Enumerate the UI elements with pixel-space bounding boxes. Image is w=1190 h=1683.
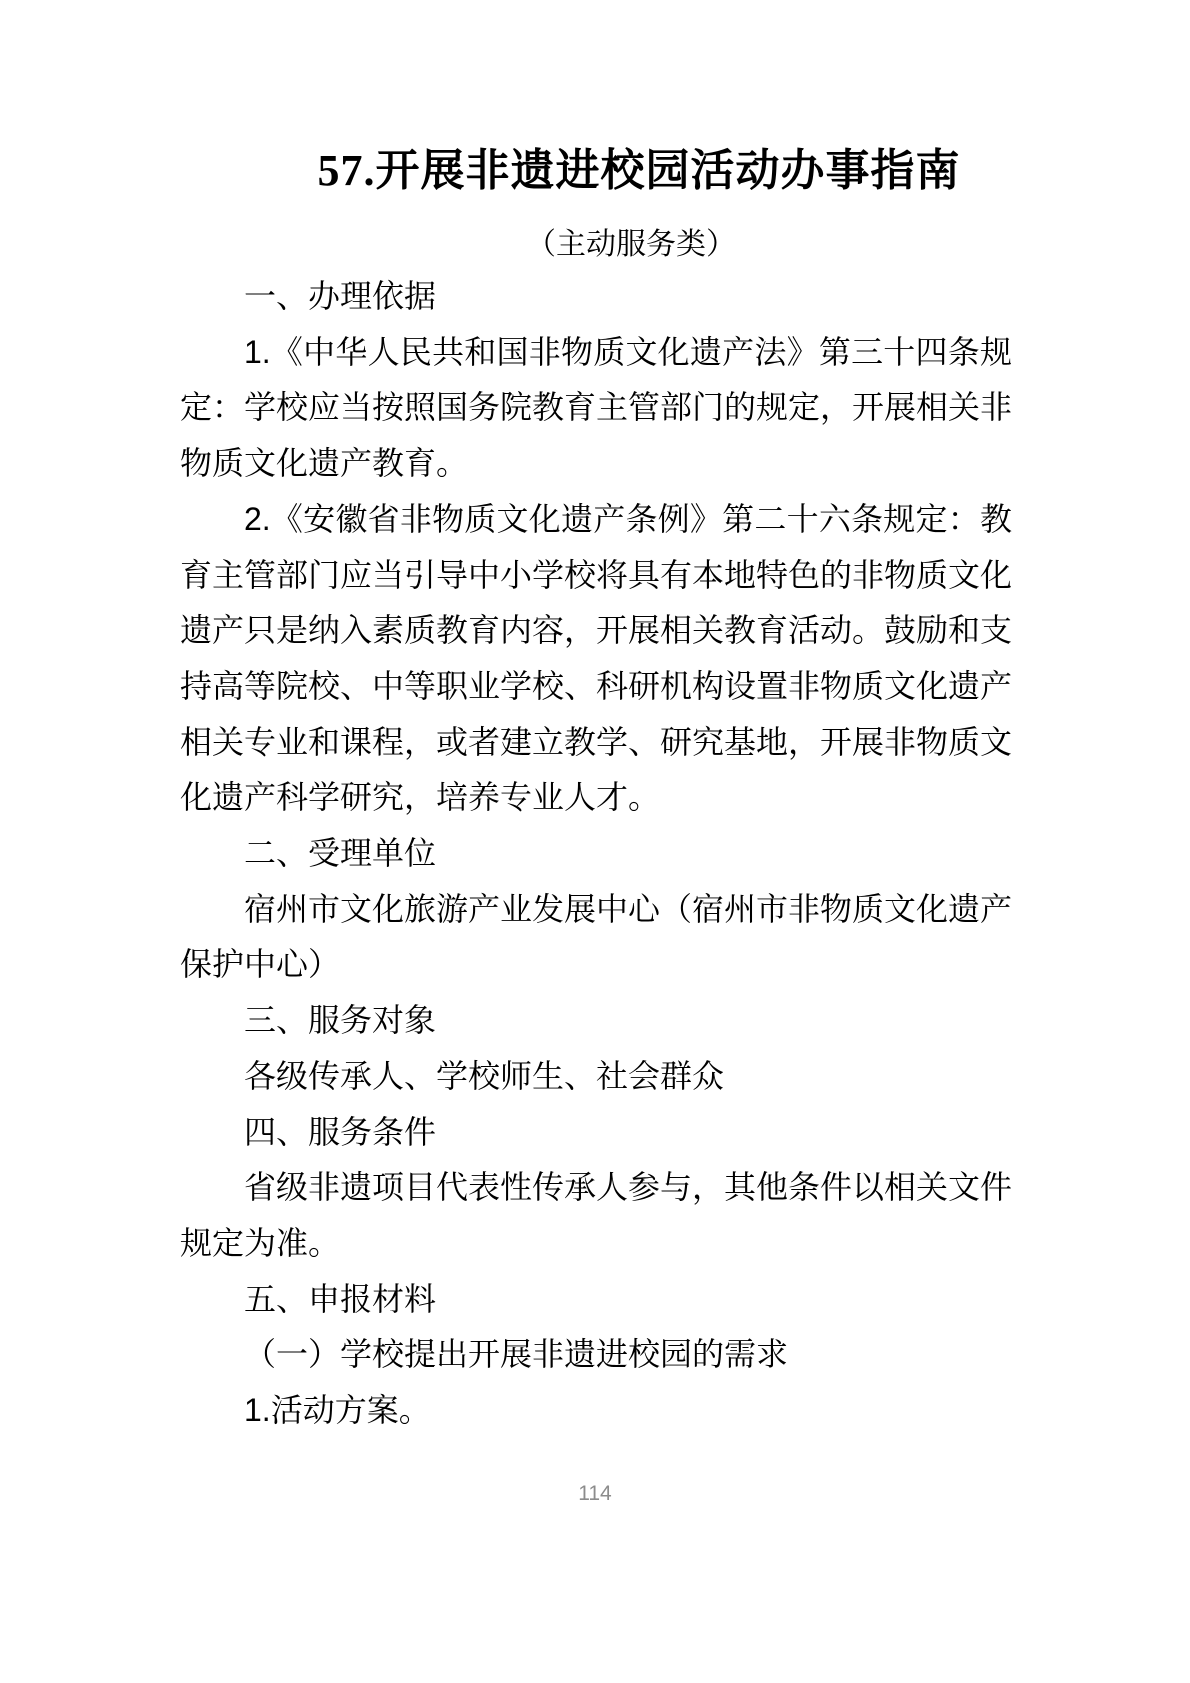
document-title: 57.开展非遗进校园活动办事指南 [180, 142, 1012, 200]
paragraph: 省级非遗项目代表性传承人参与，其他条件以相关文件规定为准。 [180, 1160, 1012, 1271]
section-heading: 三、服务对象 [180, 993, 1012, 1049]
paragraph: 1.活动方案。 [180, 1383, 1012, 1439]
section-heading: 一、办理依据 [180, 269, 1012, 325]
paragraph: 宿州市文化旅游产业发展中心（宿州市非物质文化遗产保护中心） [180, 882, 1012, 993]
section-heading: 二、受理单位 [180, 826, 1012, 882]
page-number: 114 [0, 1480, 1190, 1508]
paragraph: 2.《安徽省非物质文化遗产条例》第二十六条规定：教育主管部门应当引导中小学校将具… [180, 492, 1012, 826]
paragraph: （一）学校提出开展非遗进校园的需求 [180, 1327, 1012, 1383]
section-heading: 五、申报材料 [180, 1272, 1012, 1328]
paragraph: 1.《中华人民共和国非物质文化遗产法》第三十四条规定：学校应当按照国务院教育主管… [180, 325, 1012, 492]
document-body: 一、办理依据 1.《中华人民共和国非物质文化遗产法》第三十四条规定：学校应当按照… [180, 269, 1012, 1439]
document-content: 57.开展非遗进校园活动办事指南 （主动服务类） 一、办理依据 1.《中华人民共… [180, 0, 1012, 1439]
document-subtitle: （主动服务类） [180, 225, 1012, 265]
paragraph: 各级传承人、学校师生、社会群众 [180, 1049, 1012, 1105]
document-page: 57.开展非遗进校园活动办事指南 （主动服务类） 一、办理依据 1.《中华人民共… [0, 0, 1190, 1683]
section-heading: 四、服务条件 [180, 1105, 1012, 1161]
